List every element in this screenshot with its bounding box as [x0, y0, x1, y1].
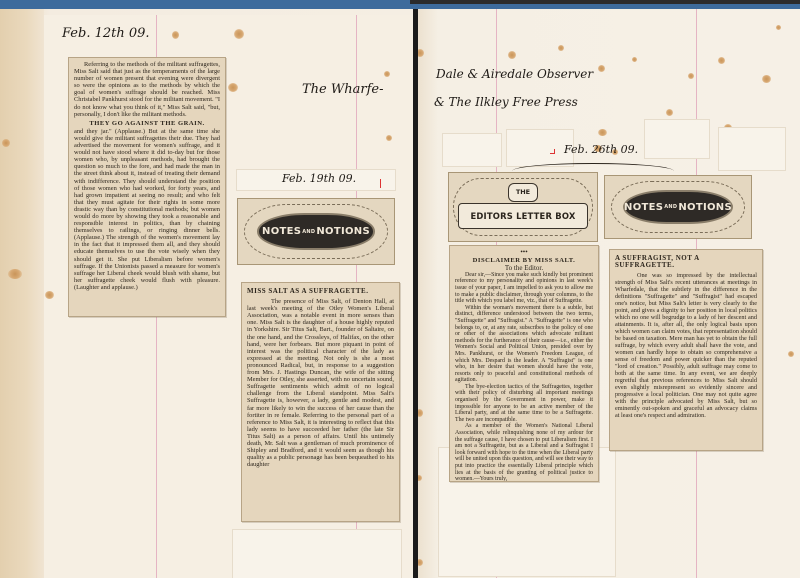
foxing-spot: [718, 57, 725, 64]
foxing-spot: [418, 559, 423, 566]
article-paragraph: Referring to the methods of the militant…: [74, 61, 220, 118]
banner-word: NOTIONS: [678, 202, 732, 213]
left-page: Feb. 12th 09. The Wharfe- Feb. 19th 09. …: [0, 9, 414, 578]
handwritten-source: Dale & Airedale Observer: [436, 67, 593, 81]
editors-letter-box-banner: THE EDITORS LETTER BOX: [448, 172, 598, 242]
foxing-spot: [632, 57, 637, 62]
handwritten-date: Feb. 19th 09.: [282, 172, 356, 185]
foxing-spot: [418, 409, 423, 417]
article-paragraph: and they jar." (Applause.) But at the sa…: [74, 128, 220, 291]
foxing-spot: [2, 139, 10, 147]
banner-word: NOTES: [624, 202, 663, 213]
mounting-hinge: [718, 127, 786, 171]
article-paragraph: The presence of Miss Salt, of Denton Hal…: [247, 298, 394, 468]
handwritten-source: The Wharfe-: [302, 82, 383, 97]
right-page: Dale & Airedale Observer & The Ilkley Fr…: [418, 9, 800, 578]
foxing-spot: [598, 65, 605, 72]
red-mark: [550, 149, 555, 154]
mounting-hinge: [644, 119, 710, 159]
foxing-spot: [666, 109, 673, 116]
foxing-spot: [8, 269, 22, 279]
foxing-spot: [172, 31, 179, 39]
clipping-miss-salt-suffragette: MISS SALT AS A SUFFRAGETTE. The presence…: [241, 282, 400, 522]
banner-title: NOTES AND NOTIONS: [605, 176, 751, 238]
foxing-spot: [776, 25, 781, 30]
article-heading: MISS SALT AS A SUFFRAGETTE.: [247, 288, 394, 295]
foxing-spot: [386, 135, 392, 141]
banner-word: NOTIONS: [316, 226, 370, 237]
banner-word: AND: [664, 204, 677, 210]
stacked-page-edges: [0, 9, 44, 578]
article-subheading: To the Editor.: [455, 265, 593, 272]
article-subheading: THEY GO AGAINST THE GRAIN.: [74, 120, 220, 127]
letter-paragraph: Dear sir,—Since you make such kindly but…: [455, 272, 593, 305]
mounting-hinge: [232, 529, 402, 578]
banner-word: AND: [302, 229, 315, 235]
foxing-spot: [788, 351, 794, 357]
letter-paragraph: As a member of the Women's National Libe…: [455, 423, 593, 482]
article-paragraph: One was so impressed by the intellectual…: [615, 272, 757, 419]
handwritten-source: & The Ilkley Free Press: [434, 95, 578, 109]
foxing-spot: [558, 45, 564, 51]
red-mark: [380, 179, 381, 188]
banner-title: NOTES AND NOTIONS: [238, 199, 394, 264]
banner-word: THE: [508, 183, 538, 202]
foxing-spot: [45, 291, 54, 299]
handwritten-date: Feb. 26th 09.: [564, 143, 638, 156]
article-heading: A SUFFRAGIST, NOT A SUFFRAGETTE.: [615, 255, 757, 269]
foxing-spot: [598, 129, 607, 136]
article-heading: DISCLAIMER BY MISS SALT.: [455, 258, 593, 265]
clipping-disclaimer-letter: ••• DISCLAIMER BY MISS SALT. To the Edit…: [449, 245, 599, 482]
foxing-spot: [762, 75, 771, 83]
foxing-spot: [234, 29, 244, 39]
notes-and-notions-banner: NOTES AND NOTIONS: [604, 175, 752, 239]
banner-title: EDITORS LETTER BOX: [458, 203, 588, 229]
letter-paragraph: The bye-election tactics of the Suffrage…: [455, 384, 593, 424]
foxing-spot: [384, 71, 390, 77]
mounting-hinge: [442, 133, 502, 167]
foxing-spot: [688, 73, 694, 79]
letter-paragraph: Within the woman's movement there is a s…: [455, 305, 593, 384]
foxing-spot: [228, 83, 238, 92]
notes-and-notions-banner: NOTES AND NOTIONS: [237, 198, 395, 265]
book-cover-shadow: [410, 0, 800, 4]
handwritten-date: Feb. 12th 09.: [62, 26, 150, 41]
clipping-meeting-report: Referring to the methods of the militant…: [68, 57, 226, 317]
ornament-dots: •••: [455, 249, 593, 256]
foxing-spot: [508, 51, 516, 59]
foxing-spot: [418, 475, 422, 481]
foxing-spot: [418, 49, 424, 57]
clipping-suffragist-not-suffragette: A SUFFRAGIST, NOT A SUFFRAGETTE. One was…: [609, 249, 763, 451]
banner-word: NOTES: [262, 226, 301, 237]
